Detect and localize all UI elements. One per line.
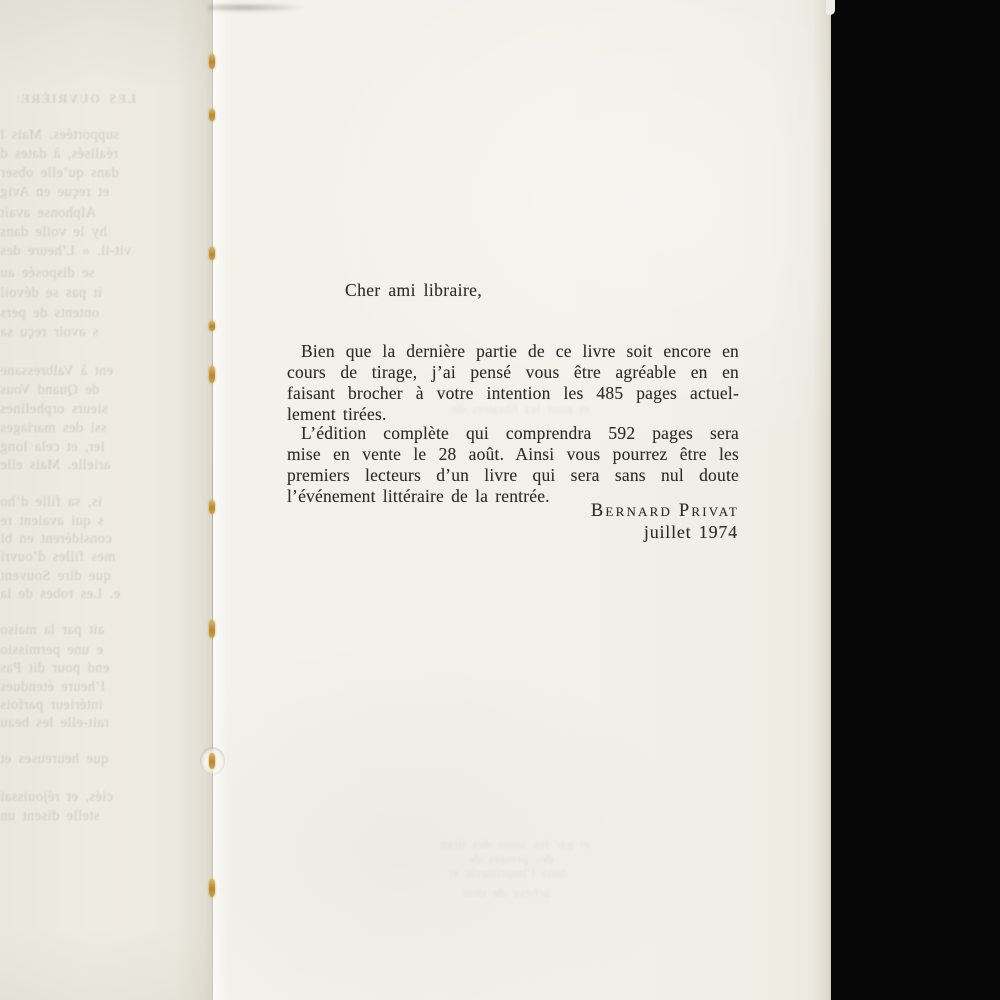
ghost-text-line: sieurs orphelines — [0, 402, 166, 417]
stitch-mark — [209, 366, 215, 383]
ghost-text-line: hy le voile dans — [0, 225, 160, 240]
ghost-text-line: de Quand Vous — [0, 383, 158, 398]
ghost-text-line: ciés, et réjouissai — [0, 790, 158, 805]
fold-highlight — [213, 0, 227, 1000]
stitch-mark — [209, 500, 215, 514]
ghost-text-line: dans qu’elle obser — [0, 166, 182, 181]
ghost-text-line: ssi des mariages — [0, 421, 160, 436]
ghost-text-line: l’heure étendues — [0, 680, 168, 695]
ghost-text-line: intérieur parfois — [0, 698, 164, 713]
ghost-text-line: réalisés, à dates d — [0, 147, 178, 162]
ghost-text-line: se disposée au — [0, 266, 164, 281]
ghost-text-line: is, sa fille d’ho — [0, 495, 156, 510]
letter-body: Cher ami libraire, Bien que la dernière … — [287, 0, 739, 1000]
ghost-text-line: supportées. Mais l — [0, 128, 172, 143]
paragraph2-line: mise en vente le 28 août. Ainsi vous pou… — [287, 444, 739, 465]
stitch-mark — [209, 54, 215, 69]
stitch-mark — [209, 321, 215, 331]
ghost-text-line: considèrent en bl — [0, 532, 168, 547]
ghost-text-line: e une permissio — [0, 643, 166, 658]
ghost-text-line: Alphonse avait — [0, 206, 168, 221]
ghost-text-line: stelle disent un — [0, 809, 152, 824]
ghost-text-line: it pas se dévoil — [0, 286, 158, 301]
page-edge-notch — [826, 0, 835, 15]
ghost-text-line: rait-elle les beau — [0, 716, 158, 731]
ghost-text-line: que dire Souvent — [0, 569, 156, 584]
letter-salutation: Cher ami libraire, — [345, 280, 482, 301]
ghost-text-line: LES OUVRIÈRES M — [18, 92, 136, 107]
paragraph1-line: Bien que la dernière partie de ce livre … — [287, 341, 739, 362]
stitch-mark — [209, 753, 215, 769]
ghost-text-line: vit-il. « L’heure des — [0, 244, 172, 259]
paragraph2-line: premiers lecteurs d’un livre qui sera sa… — [287, 465, 739, 486]
ghost-text-line: e. Les robes de la — [0, 587, 150, 602]
ghost-text-line: arielle. Mais elle — [0, 458, 150, 473]
paragraph1-line: faisant brocher à votre intention les 48… — [287, 383, 739, 404]
paragraph1-line: cours de tirage, j’ai pensé vous être ag… — [287, 362, 739, 383]
paragraph2-line: L’édition complète qui comprendra 592 pa… — [287, 423, 739, 444]
stitch-mark — [209, 620, 215, 638]
underlying-page-strip: LES OUVRIÈRES Msupportées. Mais lréalisé… — [0, 0, 213, 1000]
ghost-text-line: ier, et cela long — [0, 440, 156, 455]
ghost-text-line: ontents de pers — [0, 306, 164, 321]
ghost-text-line: que heureuses et — [0, 752, 146, 767]
ghost-text-line: mes filles d’ouvri — [0, 550, 164, 565]
ghost-text-line: s avoir reçu sa — [0, 325, 156, 340]
signature-date: juillet 1974 — [644, 523, 738, 542]
ghost-text-line: end pour dit Pas — [0, 661, 160, 676]
ghost-text-line: et reçue en Avig — [0, 185, 166, 200]
ghost-text-line: ent à Valbressane — [0, 364, 170, 379]
ghost-text-line: ait par la maiso — [0, 623, 158, 638]
signature-name: Bernard Privat — [591, 502, 739, 521]
ghost-text-line: s qui avaient re — [0, 514, 160, 529]
stitch-mark — [209, 109, 215, 121]
paragraph1-line: lement tirées. — [287, 404, 739, 425]
stitch-mark — [209, 247, 215, 260]
page-scan: LES OUVRIÈRES Msupportées. Mais lréalisé… — [0, 0, 1000, 1000]
stitch-mark — [209, 879, 215, 897]
